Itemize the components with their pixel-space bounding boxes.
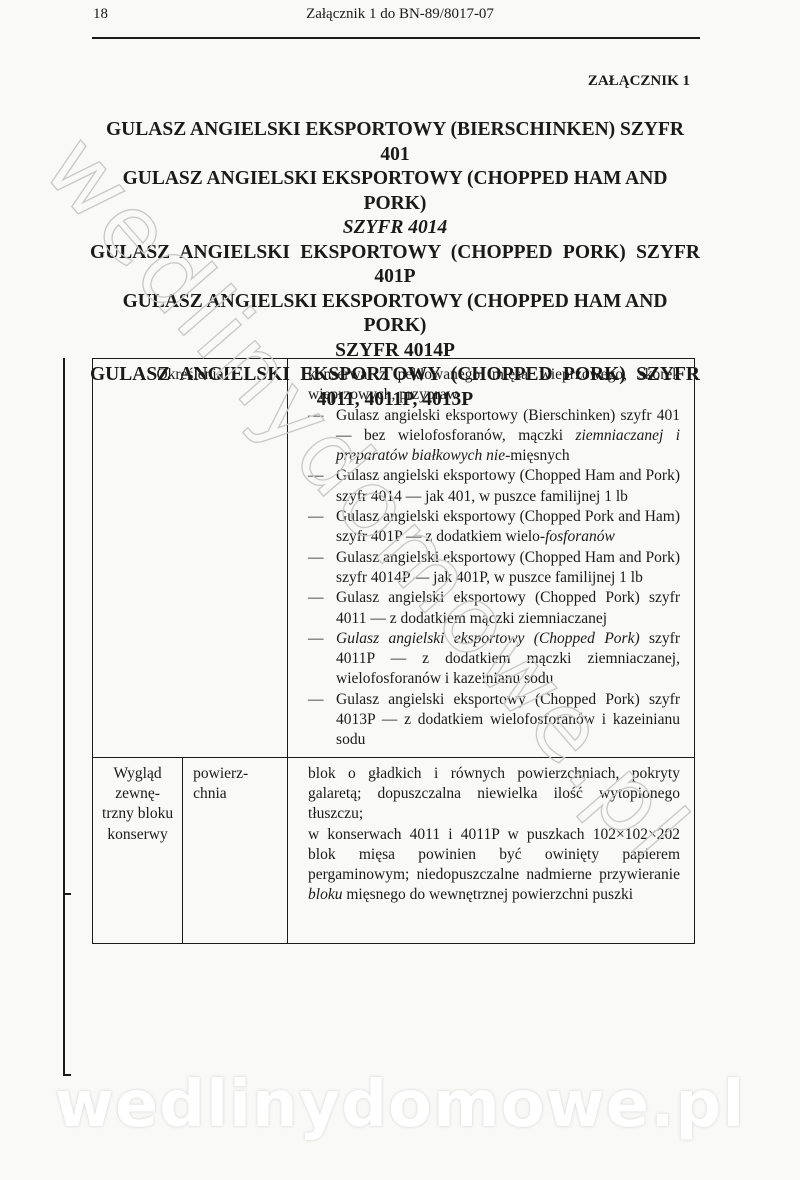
appearance-italic: bloku: [308, 886, 342, 903]
list-item: —Gulasz angielski eksportowy (Chopped Po…: [308, 690, 680, 751]
list-item: —Gulasz angielski eksportowy (Chopped Po…: [308, 507, 680, 548]
title-line: 401P: [90, 265, 700, 290]
dash-marker: —: [308, 588, 336, 629]
sublabel-cell: powierz-chnia: [183, 757, 288, 943]
title-line: SZYFR 4014: [90, 216, 700, 241]
title-line: GULASZ ANGIELSKI EKSPORTOWY (CHOPPED HAM…: [90, 290, 700, 339]
description-cell: blok o gładkich i równych powierzchniach…: [288, 757, 695, 943]
margin-line: [63, 358, 65, 1076]
running-head: Załącznik 1 do BN-89/8017-07: [0, 6, 800, 23]
specification-table: Określenia konserwa z peklowanego mięsa …: [92, 358, 695, 944]
appearance-text-1: blok o gładkich i równych powierzchniach…: [308, 764, 680, 825]
dash-marker: —: [308, 548, 336, 589]
variant-list: —Gulasz angielski eksportowy (Bierschink…: [308, 406, 680, 751]
list-item-text: Gulasz angielski eksportowy (Chopped Por…: [336, 507, 680, 548]
annex-label: ZAŁĄCZNIK 1: [588, 73, 690, 90]
table-row-appearance: Wygląd zewnę-trzny bloku konserwy powier…: [93, 757, 695, 943]
list-item-text: Gulasz angielski eksportowy (Chopped Por…: [336, 588, 680, 629]
list-item: —Gulasz angielski eksportowy (Chopped Ha…: [308, 548, 680, 589]
list-item-text: Gulasz angielski eksportowy (Chopped Ham…: [336, 548, 680, 589]
title-line: GULASZ ANGIELSKI EKSPORTOWY (CHOPPED POR…: [90, 241, 700, 266]
dash-marker: —: [308, 507, 336, 548]
description-cell: konserwa z peklowanego mięsa wieprzowego…: [288, 359, 695, 758]
label-cell: Wygląd zewnę-trzny bloku konserwy: [93, 757, 183, 943]
margin-tick: [63, 893, 71, 895]
list-item-text: Gulasz angielski eksportowy (Bierschinke…: [336, 406, 680, 467]
list-item-text: Gulasz angielski eksportowy (Chopped Por…: [336, 690, 680, 751]
appearance-text-3: mięsnego do wewnętrznej powierzchni pusz…: [342, 886, 633, 903]
title-line: GULASZ ANGIELSKI EKSPORTOWY (BIERSCHINKE…: [90, 118, 700, 167]
list-item: —Gulasz angielski eksportowy (Chopped Po…: [308, 629, 680, 690]
table-row-definitions: Określenia konserwa z peklowanego mięsa …: [93, 359, 695, 758]
list-item: —Gulasz angielski eksportowy (Chopped Po…: [308, 588, 680, 629]
label-cell: Określenia: [93, 359, 288, 758]
dash-marker: —: [308, 629, 336, 690]
list-item: —Gulasz angielski eksportowy (Bierschink…: [308, 406, 680, 467]
list-item-text: Gulasz angielski eksportowy (Chopped Ham…: [336, 466, 680, 507]
list-item-text: Gulasz angielski eksportowy (Chopped Por…: [336, 629, 680, 690]
description-intro: konserwa z peklowanego mięsa wieprzowego…: [308, 365, 680, 406]
bottom-watermark: wedlinydomowe.pl: [0, 1068, 800, 1142]
dash-marker: —: [308, 690, 336, 751]
header-rule: [92, 37, 700, 39]
dash-marker: —: [308, 406, 336, 467]
title-line: GULASZ ANGIELSKI EKSPORTOWY (CHOPPED HAM…: [90, 167, 700, 216]
list-item: —Gulasz angielski eksportowy (Chopped Ha…: [308, 466, 680, 507]
appearance-text-2: w konserwach 4011 i 4011P w puszkach 102…: [308, 826, 680, 884]
dash-marker: —: [308, 466, 336, 507]
